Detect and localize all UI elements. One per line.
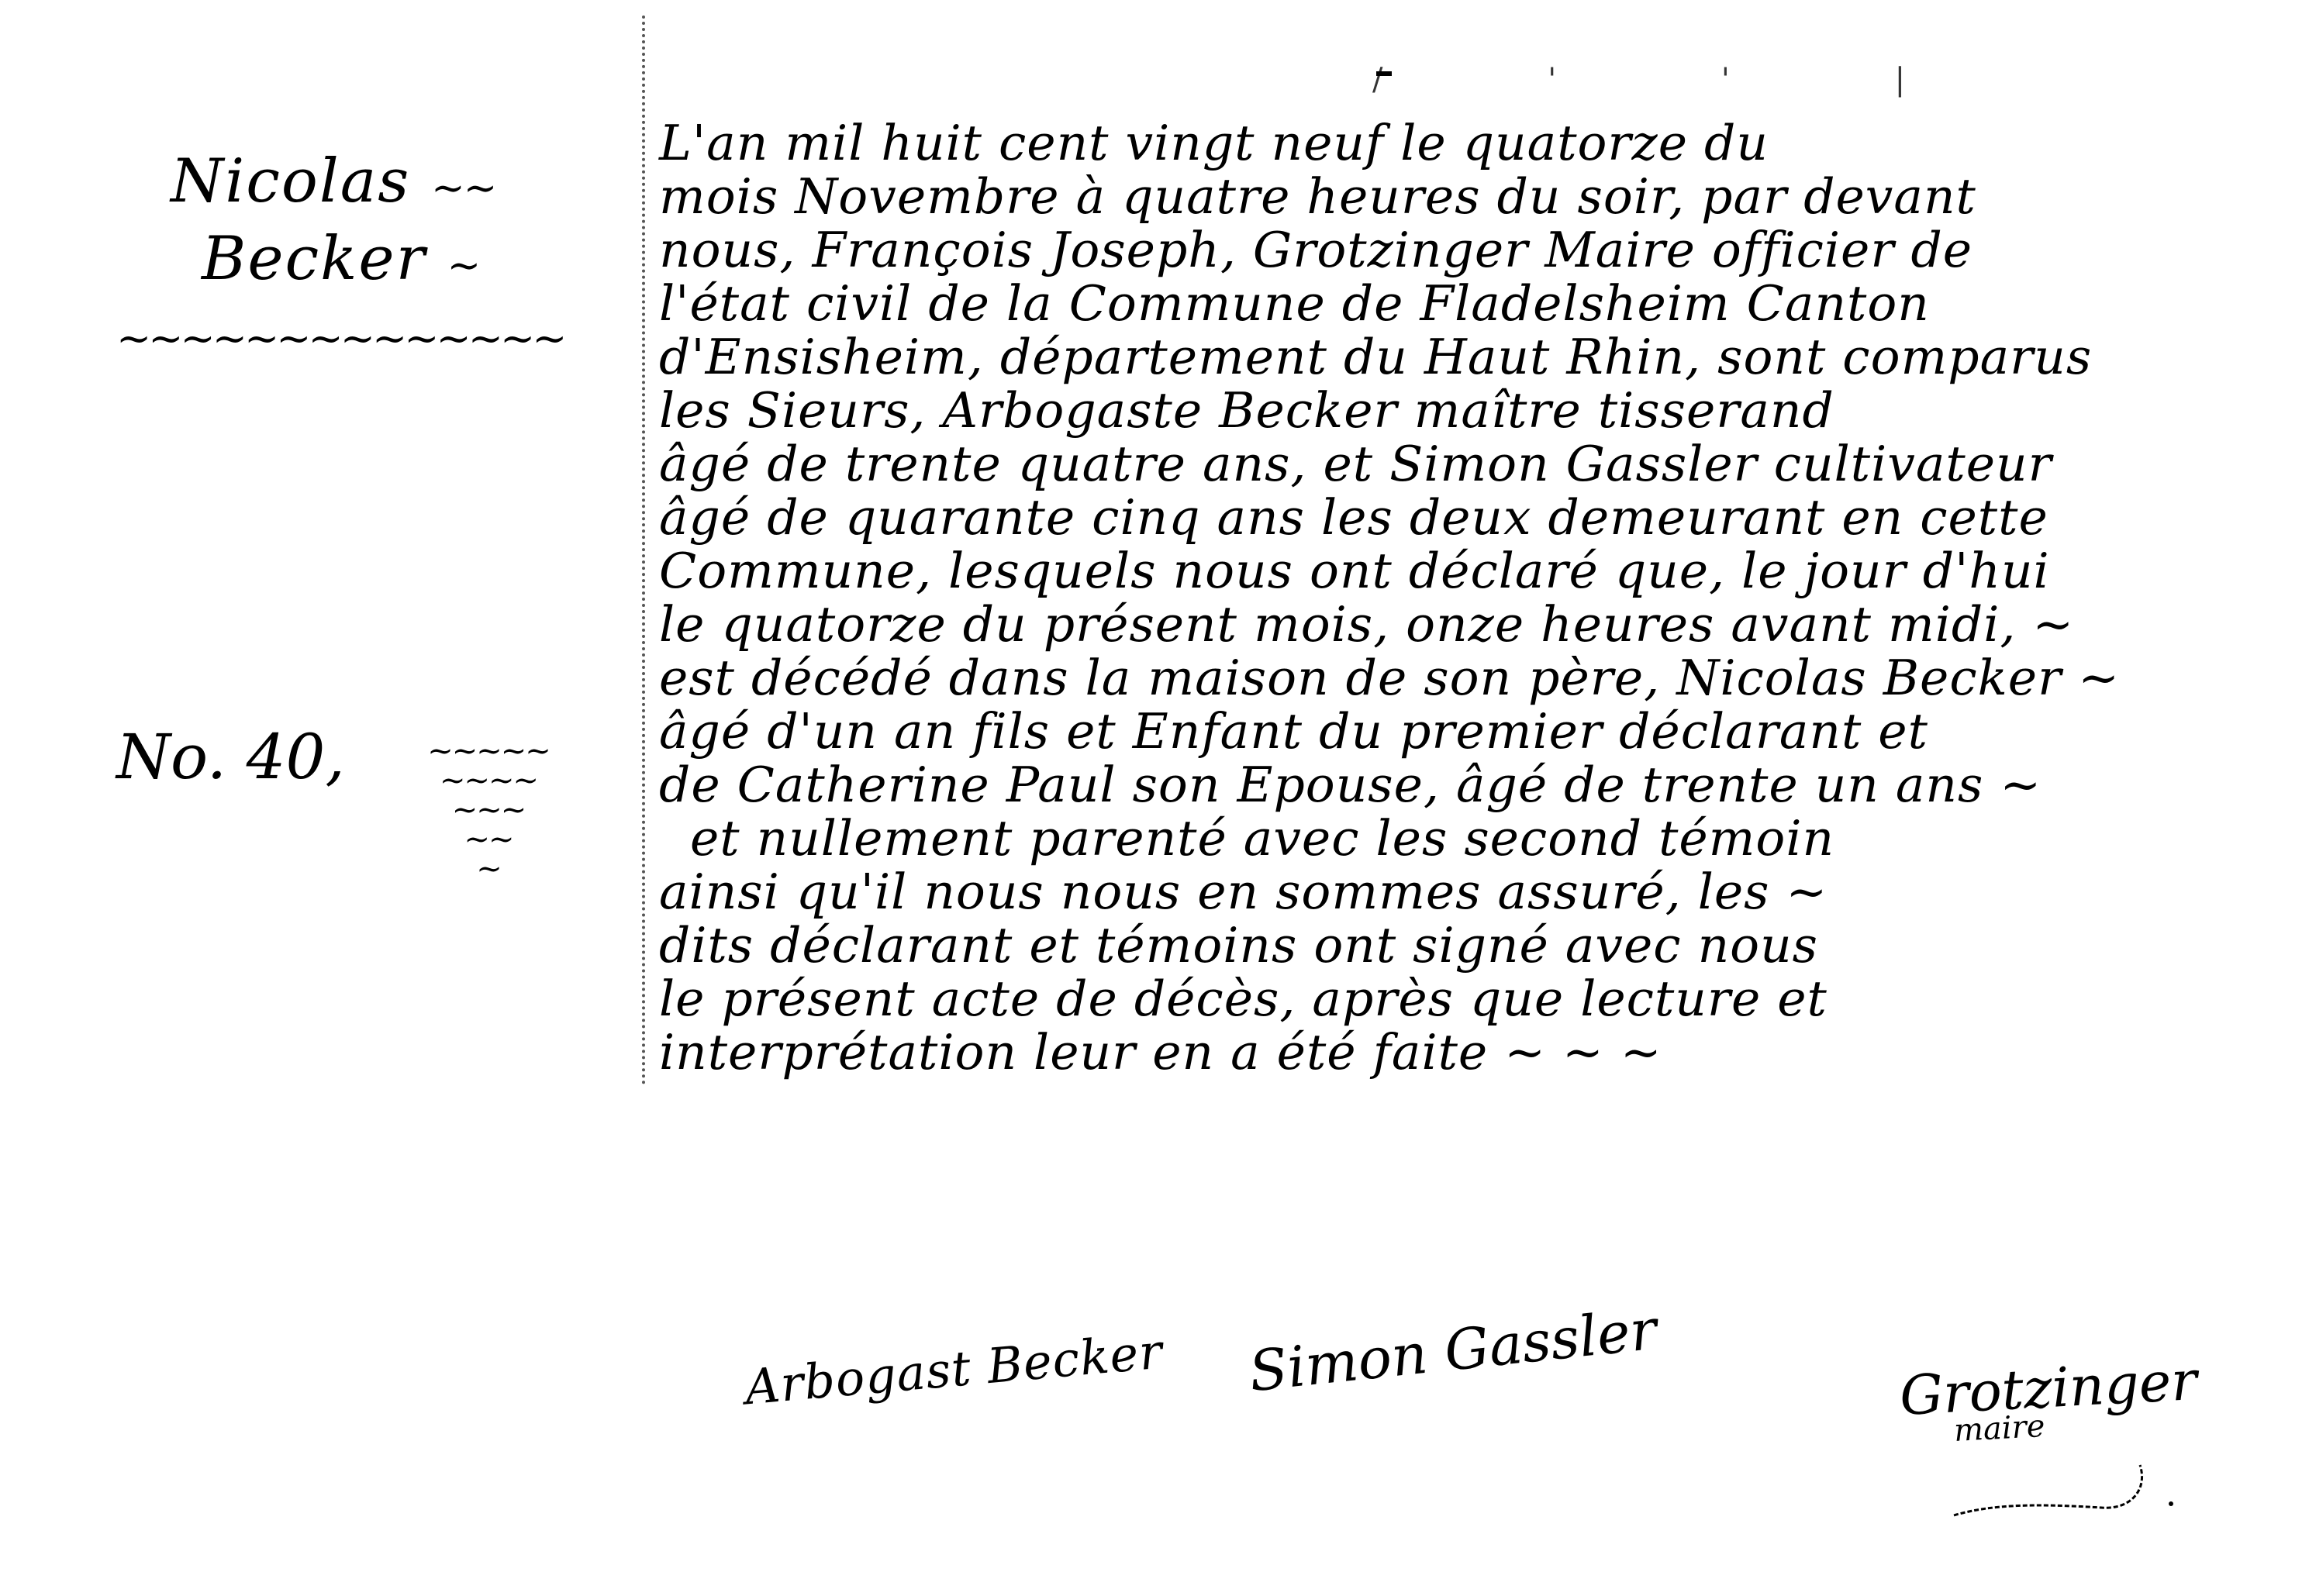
body-line: mois Novembre à quatre heures du soir, p…: [659, 170, 2256, 223]
body-line: le quatorze du présent mois, onze heures…: [659, 598, 2256, 651]
signature-grotzinger: Grotzinger: [1898, 1349, 2198, 1428]
signature-flourish-icon: [1946, 1457, 2179, 1527]
margin-filler: ∼: [447, 243, 480, 289]
document-page: / ' ' | Nicolas ∼∼ Becker ∼ ~~~~~~~~~~~~…: [0, 0, 2309, 1596]
stray-ink-marks: / ' ' |: [1372, 62, 1983, 98]
body-line: ainsi qu'il nous nous en sommes assuré, …: [659, 865, 2256, 919]
body-line: Commune, lesquels nous ont déclaré que, …: [659, 544, 2256, 598]
body-line: de Catherine Paul son Epouse, âgé de tre…: [659, 758, 2256, 812]
body-line: âgé de quarante cinq ans les deux demeur…: [659, 491, 2256, 544]
given-name-text: Nicolas: [171, 147, 410, 216]
body-line: d'Ensisheim, département du Haut Rhin, s…: [659, 330, 2256, 384]
wave-filler-line: ~~~~~~~~~~~~~~: [116, 314, 564, 363]
signature-mayor-title: maire: [1953, 1408, 2046, 1449]
body-line: interprétation leur en a été faite ~ ~ ~: [659, 1026, 2256, 1079]
margin-rule: [642, 16, 645, 1085]
body-line: l'état civil de la Commune de Fladelshei…: [659, 277, 2256, 330]
stray-dash-mark: [1376, 71, 1392, 76]
wave-row: ~~~~~: [388, 736, 589, 766]
record-body: L'an mil huit cent vingt neuf le quatorz…: [659, 116, 2256, 1079]
wave-row: ~~: [388, 825, 589, 854]
body-line: est décédé dans la maison de son père, N…: [659, 651, 2256, 705]
margin-column: Nicolas ∼∼ Becker ∼ ~~~~~~~~~~~~~~ No. 4…: [0, 0, 644, 1596]
wave-filler-triangle: ~~~~~ ~~~~ ~~~ ~~ ~: [388, 736, 589, 884]
wave-row: ~~~~: [388, 766, 589, 795]
body-line: L'an mil huit cent vingt neuf le quatorz…: [659, 116, 2256, 170]
body-line: dits déclarant et témoins ont signé avec…: [659, 919, 2256, 972]
body-line: et nullement parenté avec les second tém…: [659, 812, 2256, 865]
body-line: nous, François Joseph, Grotzinger Maire …: [659, 223, 2256, 277]
margin-surname: Becker ∼: [202, 229, 479, 289]
margin-filler: ∼∼: [431, 165, 495, 212]
wave-row: ~: [388, 854, 589, 884]
body-line: âgé de trente quatre ans, et Simon Gassl…: [659, 437, 2256, 491]
margin-given-name: Nicolas ∼∼: [171, 151, 495, 212]
wave-row: ~~~: [388, 795, 589, 825]
body-line: âgé d'un an fils et Enfant du premier dé…: [659, 705, 2256, 758]
signature-arbogast-becker: Arbogast Becker: [743, 1323, 1165, 1416]
signature-simon-gassler: Simon Gassler: [1246, 1297, 1660, 1405]
body-line: les Sieurs, Arbogaste Becker maître tiss…: [659, 384, 2256, 437]
body-line: le présent acte de décès, après que lect…: [659, 972, 2256, 1026]
entry-number: No. 40,: [116, 721, 345, 793]
surname-text: Becker: [202, 224, 426, 294]
